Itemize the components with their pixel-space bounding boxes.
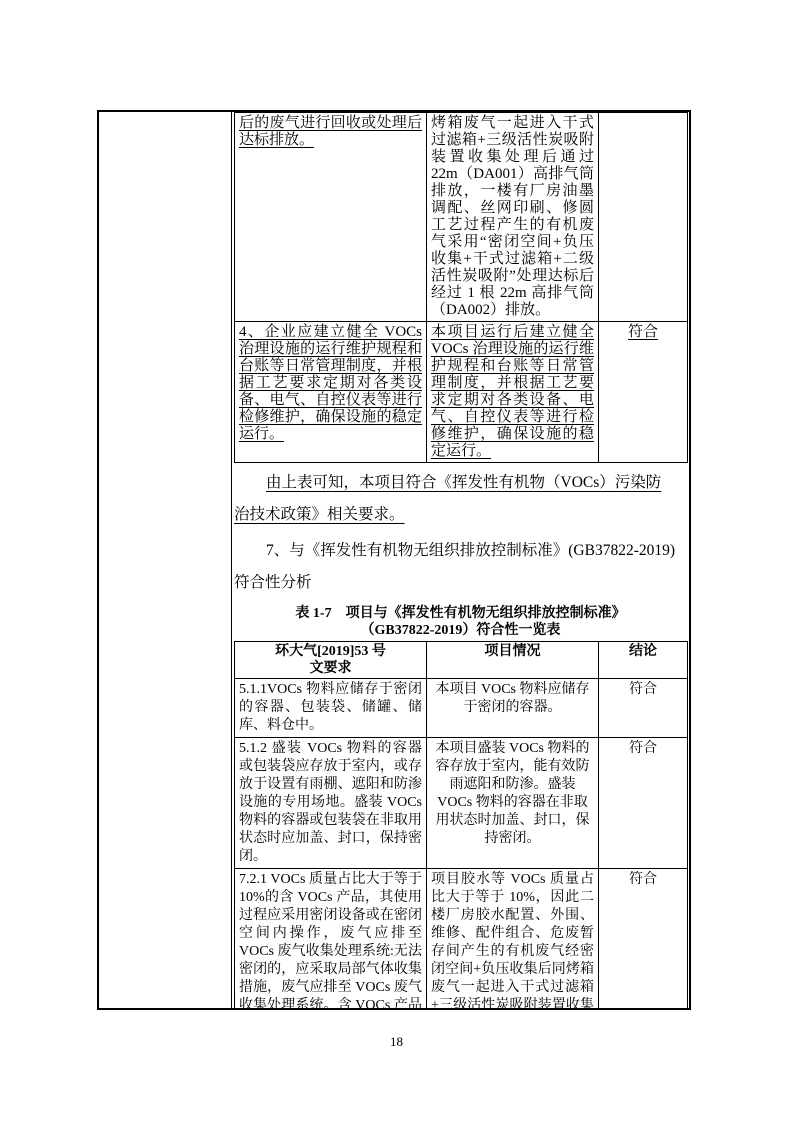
form-content-cell: 后的废气进行回收或处理后达标排放。 烤箱废气一起进入干式过滤箱+三级活性炭吸附装…	[232, 112, 689, 1008]
requirement-cell: 5.1.2 盛装 VOCs 物料的容器或包装袋应存放于室内，或存放于设置有雨棚、…	[235, 738, 427, 869]
table-row: 5.1.1VOCs 物料应储存于密闭的容器、包装袋、储罐、储库、料仓中。 本项目…	[235, 679, 688, 738]
requirement-cell: 7.2.1 VOCs 质量占比大于等于 10%的含 VOCs 产品，其使用过程应…	[235, 869, 427, 1009]
header-project-situation: 项目情况	[427, 642, 599, 679]
project-situation-cell: 本项目 VOCs 物料应储存于密闭的容器。	[427, 679, 599, 738]
conclusion-paragraph: 由上表可知，本项目符合《挥发性有机物（VOCs）污染防 治技术政策》相关要求。	[234, 467, 686, 531]
table-row: 7.2.1 VOCs 质量占比大于等于 10%的含 VOCs 产品，其使用过程应…	[235, 869, 688, 1009]
table-1-7-title: 表 1-7 项目与《挥发性有机物无组织排放控制标准》 （GB37822-2019…	[234, 605, 687, 639]
conclusion-cell: 符合	[599, 738, 688, 869]
document-page: { "document": { "table1": { "rows": [ { …	[0, 0, 793, 1122]
table-row: 5.1.2 盛装 VOCs 物料的容器或包装袋应存放于室内，或存放于设置有雨棚、…	[235, 738, 688, 869]
requirement-cell: 4、企业应建立健全 VOCs 治理设施的运行维护规程和台账等日常管理制度，并根据…	[235, 322, 427, 463]
table-title-line2: （GB37822-2019）符合性一览表	[234, 622, 687, 639]
vocs-policy-compliance-table: 后的废气进行回收或处理后达标排放。 烤箱废气一起进入干式过滤箱+三级活性炭吸附装…	[234, 112, 688, 463]
project-situation-cell: 项目胶水等 VOCs 质量占比大于等于 10%，因此二楼厂房胶水配置、外围、维修…	[427, 869, 599, 1009]
project-situation-cell: 烤箱废气一起进入干式过滤箱+三级活性炭吸附装置收集处理后通过 22m（DA001…	[427, 113, 599, 322]
project-situation-cell: 本项目运行后建立健全 VOCs 治理设施的运行维护规程和台账等日常管理制度，并根…	[427, 322, 599, 463]
gb37822-compliance-table: 环大气[2019]53 号 文要求 项目情况 结论 5.1.1VOCs 物料应储…	[234, 641, 688, 1008]
table-row: 后的废气进行回收或处理后达标排放。 烤箱废气一起进入干式过滤箱+三级活性炭吸附装…	[235, 113, 688, 322]
project-situation-cell: 本项目盛装 VOCs 物料的容存放于室内，能有效防雨遮阳和防渗。盛装 VOCs …	[427, 738, 599, 869]
conclusion-cell: 符合	[599, 869, 688, 1009]
table-header-row: 环大气[2019]53 号 文要求 项目情况 结论	[235, 642, 688, 679]
page-number: 18	[0, 1034, 793, 1050]
table-title-line1: 表 1-7 项目与《挥发性有机物无组织排放控制标准》	[234, 605, 687, 622]
form-outer-border: 后的废气进行回收或处理后达标排放。 烤箱废气一起进入干式过滤箱+三级活性炭吸附装…	[97, 110, 691, 1010]
form-left-label-column	[99, 112, 232, 1008]
section7-heading: 7、与《挥发性有机物无组织排放控制标准》(GB37822-2019) 符合性分析	[234, 535, 686, 599]
table-row: 4、企业应建立健全 VOCs 治理设施的运行维护规程和台账等日常管理制度，并根据…	[235, 322, 688, 463]
conclusion-cell	[599, 113, 688, 322]
requirement-cell: 后的废气进行回收或处理后达标排放。	[235, 113, 427, 322]
conclusion-cell: 符合	[599, 679, 688, 738]
requirement-cell: 5.1.1VOCs 物料应储存于密闭的容器、包装袋、储罐、储库、料仓中。	[235, 679, 427, 738]
conclusion-cell: 符合	[599, 322, 688, 463]
header-requirement: 环大气[2019]53 号 文要求	[235, 642, 427, 679]
header-conclusion: 结论	[599, 642, 688, 679]
